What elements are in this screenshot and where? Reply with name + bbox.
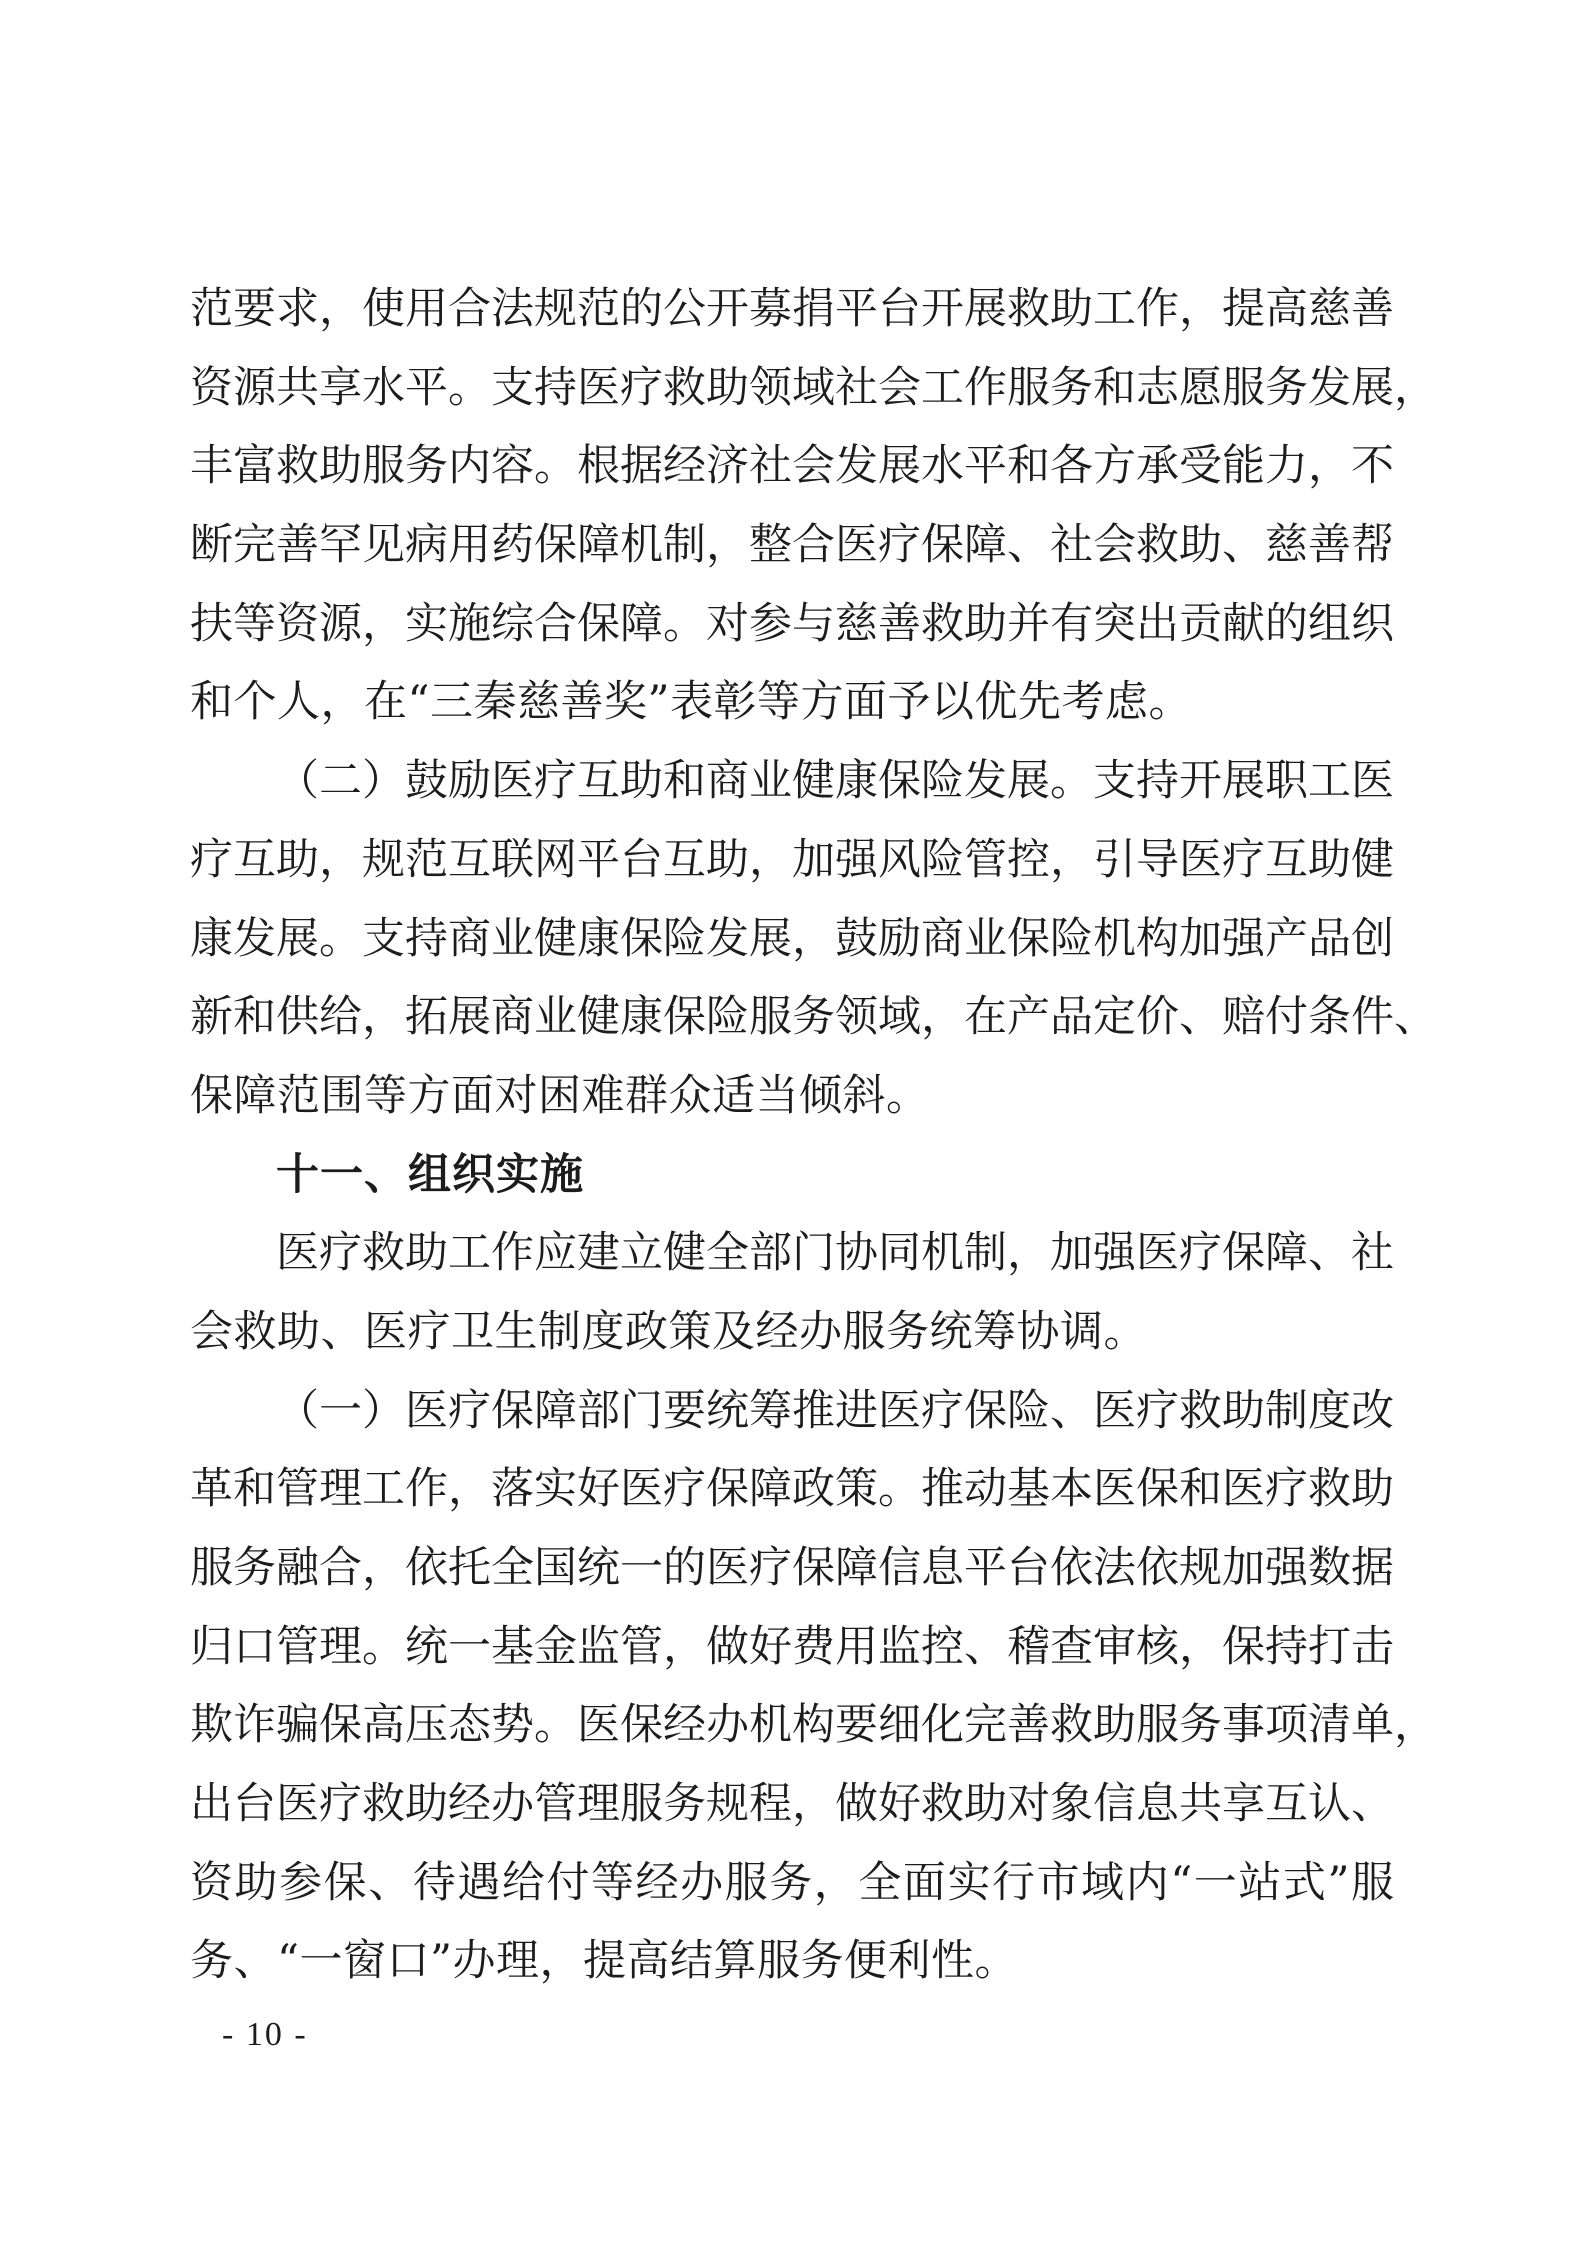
paragraph-line: 康发展。支持商业健康保险发展，鼓励商业保险机构加强产品创 [190,911,1394,990]
paragraph-line: 资助参保、待遇给付等经办服务，全面实行市域内“一站式”服 [190,1855,1394,1934]
paragraph-line: 丰富救助服务内容。根据经济社会发展水平和各方承受能力，不 [190,438,1394,517]
paragraph-line: 医疗救助工作应建立健全部门协同机制，加强医疗保障、社 [190,1225,1394,1304]
paragraph-line: 归口管理。统一基金监管，做好费用监控、稽查审核，保持打击 [190,1619,1394,1698]
paragraph-line: 资源共享水平。支持医疗救助领域社会工作服务和志愿服务发展， [190,360,1394,439]
paragraph-line-subsection-1: （一）医疗保障部门要统筹推进医疗保险、医疗救助制度改 [190,1383,1394,1462]
document-page: 范要求，使用合法规范的公开募捐平台开展救助工作，提高慈善 资源共享水平。支持医疗… [0,0,1587,2244]
body-text: 范要求，使用合法规范的公开募捐平台开展救助工作，提高慈善 资源共享水平。支持医疗… [190,281,1394,2012]
paragraph-line: 保障范围等方面对困难群众适当倾斜。 [190,1068,1394,1147]
paragraph-line: 务、“一窗口”办理，提高结算服务便利性。 [190,1933,1394,2012]
paragraph-line: 出台医疗救助经办管理服务规程，做好救助对象信息共享互认、 [190,1776,1394,1855]
paragraph-line: 革和管理工作，落实好医疗保障政策。推动基本医保和医疗救助 [190,1461,1394,1540]
page-number: - 10 - [222,2016,308,2054]
paragraph-line-subsection-2: （二）鼓励医疗互助和商业健康保险发展。支持开展职工医 [190,753,1394,832]
paragraph-line: 断完善罕见病用药保障机制，整合医疗保障、社会救助、慈善帮 [190,517,1394,596]
paragraph-line: 新和供给，拓展商业健康保险服务领域，在产品定价、赔付条件、 [190,989,1394,1068]
paragraph-line: 服务融合，依托全国统一的医疗保障信息平台依法依规加强数据 [190,1540,1394,1619]
paragraph-line: 扶等资源，实施综合保障。对参与慈善救助并有突出贡献的组织 [190,596,1394,675]
paragraph-line: 欺诈骗保高压态势。医保经办机构要细化完善救助服务事项清单， [190,1697,1394,1776]
paragraph-line: 和个人，在“三秦慈善奖”表彰等方面予以优先考虑。 [190,674,1394,753]
paragraph-line: 范要求，使用合法规范的公开募捐平台开展救助工作，提高慈善 [190,281,1394,360]
paragraph-line: 会救助、医疗卫生制度政策及经办服务统筹协调。 [190,1304,1394,1383]
section-heading: 十一、组织实施 [190,1147,1394,1226]
paragraph-line: 疗互助，规范互联网平台互助，加强风险管控，引导医疗互助健 [190,832,1394,911]
